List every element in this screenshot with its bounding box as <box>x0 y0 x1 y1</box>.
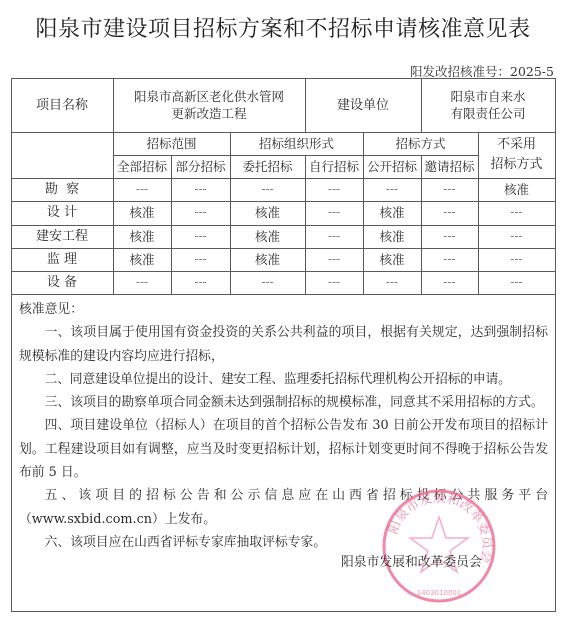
table-cell: --- <box>421 225 478 248</box>
table-cell: --- <box>230 178 305 201</box>
opinion-item-1: 一、该项目属于使用国有资金投资的关系公共利益的项目，根据有关规定，达到强制招标规… <box>19 321 548 368</box>
table-cell: 核准 <box>230 225 305 248</box>
table-cell: --- <box>305 271 363 294</box>
table-cell: --- <box>363 178 421 201</box>
builder-line2: 有限责任公司 <box>450 105 525 122</box>
opinion-item-3: 三、该项目的勘察单项合同金额未达到强制招标的规模标准，同意其不采用招标的方式。 <box>19 391 548 414</box>
table-cell: --- <box>305 225 363 248</box>
project-name-line1: 阳泉市高新区老化供水管网 <box>134 88 284 105</box>
table-cell: --- <box>421 271 478 294</box>
table-cell: --- <box>478 248 555 271</box>
table-cell: --- <box>305 248 363 271</box>
signature: 阳泉市发展和改革委员会 <box>341 551 482 570</box>
builder-label-text: 建设单位 <box>337 97 389 114</box>
subheader-entrusted-bid: 委托招标 <box>230 155 305 178</box>
row-label: 设 备 <box>11 271 113 294</box>
table-cell: --- <box>113 178 171 201</box>
table-cell: --- <box>421 248 478 271</box>
approval-table: 项目名称 阳泉市高新区老化供水管网 更新改造工程 建设单位 阳泉市自来水 有限责… <box>11 78 556 294</box>
row-label: 监 理 <box>11 248 113 271</box>
builder-label: 建设单位 <box>305 78 421 132</box>
table-cell: --- <box>171 248 230 271</box>
opinions-heading: 核准意见： <box>19 298 548 321</box>
project-name-label-text: 项目名称 <box>36 97 88 114</box>
table-cell: --- <box>113 271 171 294</box>
project-name-line2: 更新改造工程 <box>171 105 246 122</box>
group-no-bid: 不采用 招标方式 <box>478 132 555 178</box>
subheader-invited-bid: 邀请招标 <box>421 155 478 178</box>
subheader-self-bid: 自行招标 <box>305 155 363 178</box>
page-title: 阳泉市建设项目招标方案和不招标申请核准意见表 <box>0 12 566 43</box>
table-cell: 核准 <box>230 201 305 224</box>
project-name-value: 阳泉市高新区老化供水管网 更新改造工程 <box>113 78 305 132</box>
table-cell: --- <box>230 271 305 294</box>
group-no-bid-line2: 招标方式 <box>490 155 542 175</box>
table-cell: 核准 <box>363 201 421 224</box>
table-cell: --- <box>171 225 230 248</box>
group-method: 招标方式 <box>363 132 478 155</box>
table-cell: --- <box>305 201 363 224</box>
table-cell: 核准 <box>363 248 421 271</box>
row-label: 勘 察 <box>11 178 113 201</box>
subheader-open-bid: 公开招标 <box>363 155 421 178</box>
builder-line1: 阳泉市自来水 <box>450 88 525 105</box>
table-cell: --- <box>171 271 230 294</box>
table-cell: 核准 <box>113 248 171 271</box>
subheader-full-bid: 全部招标 <box>113 155 171 178</box>
table-cell: --- <box>478 201 555 224</box>
table-cell: --- <box>305 178 363 201</box>
table-cell: 核准 <box>113 225 171 248</box>
project-name-label: 项目名称 <box>11 78 113 132</box>
table-cell: --- <box>171 201 230 224</box>
subheader-partial-bid: 部分招标 <box>171 155 230 178</box>
table-cell: 核准 <box>363 225 421 248</box>
group-organization: 招标组织形式 <box>230 132 363 155</box>
opinion-item-2: 二、同意建设单位提出的设计、建安工程、监理委托招标代理机构公开招标的申请。 <box>19 368 548 391</box>
table-cell: --- <box>421 201 478 224</box>
table-cell: --- <box>421 178 478 201</box>
row-label: 设 计 <box>11 201 113 224</box>
table-cell: --- <box>363 271 421 294</box>
group-no-bid-line1: 不采用 <box>497 135 536 155</box>
table-cell: 核准 <box>230 248 305 271</box>
table-cell: 核准 <box>113 201 171 224</box>
group-scope: 招标范围 <box>113 132 230 155</box>
row-label: 建安工程 <box>11 225 113 248</box>
opinion-item-5: 五、该项目的招标公告和公示信息应在山西省招标投标公共服务平台（www.sxbid… <box>19 484 548 531</box>
table-cell: --- <box>478 271 555 294</box>
table-cell: 核准 <box>478 178 555 201</box>
table-cell: --- <box>171 178 230 201</box>
table-cell: --- <box>478 225 555 248</box>
builder-value: 阳泉市自来水 有限责任公司 <box>421 78 555 132</box>
opinion-item-4: 四、项目建设单位（招标人）在项目的首个招标公告发布 30 日前公开发布项目的招标… <box>19 414 548 484</box>
